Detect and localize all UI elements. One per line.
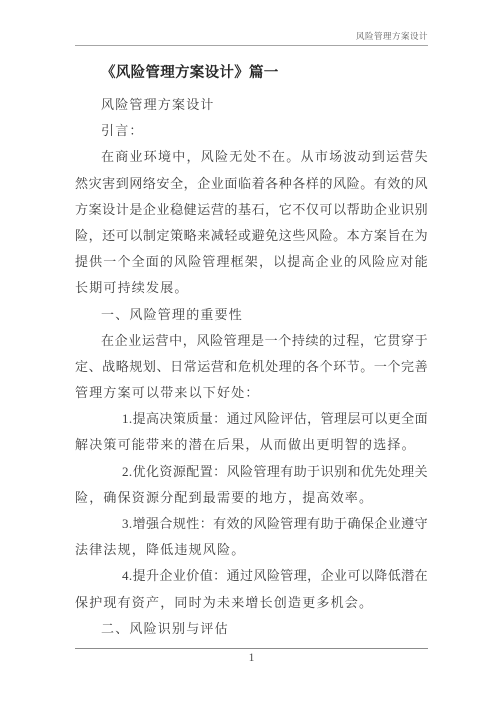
list-item-line: 2.优化资源配置：风险管理有助于识别和优先处理关键风: [75, 459, 428, 485]
text-line: 险，还可以制定策略来减轻或避免这些风险。本方案旨在为贵公司: [75, 223, 428, 249]
running-header-title: 风险管理方案设计: [356, 30, 428, 42]
header-divider: [75, 45, 428, 46]
text-line: 引言：: [75, 118, 428, 144]
text-line: 长期可持续发展。: [75, 275, 428, 301]
text-line: 然灾害到网络安全，企业面临着各种各样的风险。有效的风险管理: [75, 171, 428, 197]
text-line: 险，确保资源分配到最需要的地方，提高效率。: [75, 485, 428, 511]
text-line: 定、战略规划、日常运营和危机处理的各个环节。一个完善的风险: [75, 354, 428, 380]
document-page: 风险管理方案设计 《风险管理方案设计》篇一 风险管理方案设计 引言： 在商业环境…: [0, 0, 500, 707]
text-line: 在商业环境中，风险无处不在。从市场波动到运营失误，从自: [75, 144, 428, 170]
text-line: 管理方案可以带来以下好处：: [75, 380, 428, 406]
text-line: 保护现有资产，同时为未来增长创造更多机会。: [75, 590, 428, 616]
text-line: 方案设计是企业稳健运营的基石，它不仅可以帮助企业识别潜在风: [75, 197, 428, 223]
text-line: 解决策可能带来的潜在后果，从而做出更明智的选择。: [75, 432, 428, 458]
page-number: 1: [75, 650, 428, 666]
list-item-line: 1.提高决策质量：通过风险评估，管理层可以更全面地了: [75, 406, 428, 432]
document-title: 《风险管理方案设计》篇一: [101, 62, 279, 84]
list-item-line: 3.增强合规性：有效的风险管理有助于确保企业遵守相关: [75, 511, 428, 537]
section-heading: 一、风险管理的重要性: [75, 302, 428, 328]
text-line: 在企业运营中，风险管理是一个持续的过程，它贯穿于决策制: [75, 328, 428, 354]
text-line: 提供一个全面的风险管理框架，以提高企业的风险应对能力，确保: [75, 249, 428, 275]
list-item-line: 4.提升企业价值：通过风险管理，企业可以降低潜在损失，: [75, 563, 428, 589]
text-line: 风险管理方案设计: [75, 92, 428, 118]
text-line: 法律法规，降低违规风险。: [75, 537, 428, 563]
section-heading: 二、风险识别与评估: [75, 616, 428, 642]
document-body: 风险管理方案设计 引言： 在商业环境中，风险无处不在。从市场波动到运营失误，从自…: [75, 92, 428, 642]
footer-divider: [75, 648, 428, 649]
